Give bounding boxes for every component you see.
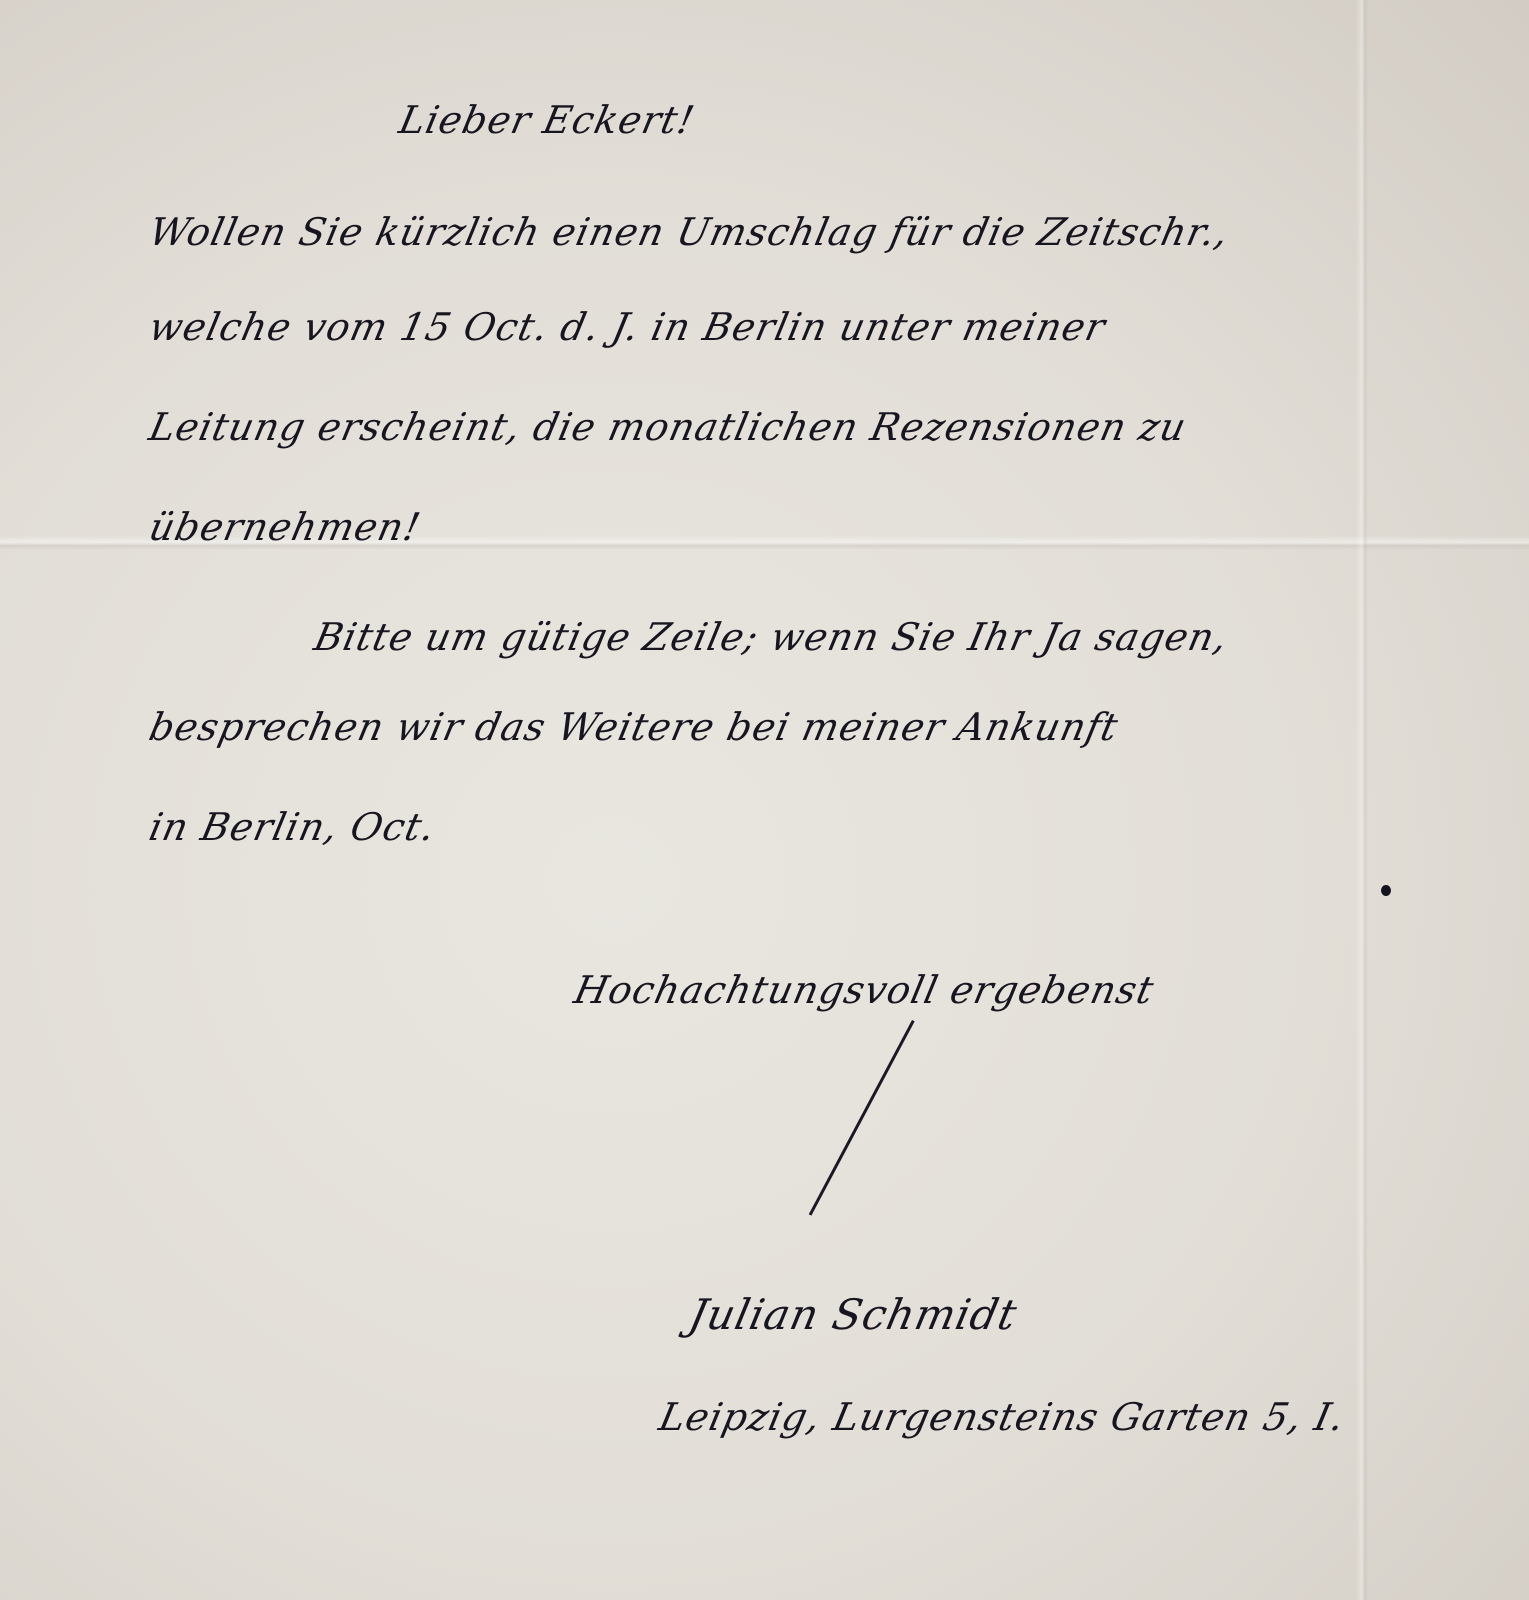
body-line-4: übernehmen! bbox=[145, 505, 425, 549]
body-line-7: in Berlin, Oct. bbox=[145, 805, 439, 849]
body-line-5: Bitte um gütige Zeile; wenn Sie Ihr Ja s… bbox=[310, 615, 1232, 659]
body-line-1: Wollen Sie kürzlich einen Umschlag für d… bbox=[145, 210, 1233, 254]
address-line: Leipzig, Lurgensteins Garten 5, I. bbox=[655, 1395, 1349, 1439]
body-line-3: Leitung erscheint, die monatlichen Rezen… bbox=[145, 405, 1190, 449]
signature-flourish-stroke bbox=[809, 1020, 915, 1216]
signature: Julian Schmidt bbox=[685, 1290, 1022, 1339]
letter-page: Lieber Eckert! Wollen Sie kürzlich einen… bbox=[0, 0, 1529, 1600]
ink-spot bbox=[1381, 885, 1391, 896]
closing: Hochachtungsvoll ergebenst bbox=[570, 968, 1158, 1012]
body-line-6: besprechen wir das Weitere bei meiner An… bbox=[145, 705, 1122, 749]
salutation: Lieber Eckert! bbox=[395, 98, 699, 142]
body-line-2: welche vom 15 Oct. d. J. in Berlin unter… bbox=[145, 305, 1109, 349]
vertical-fold-crease bbox=[1356, 0, 1368, 1600]
